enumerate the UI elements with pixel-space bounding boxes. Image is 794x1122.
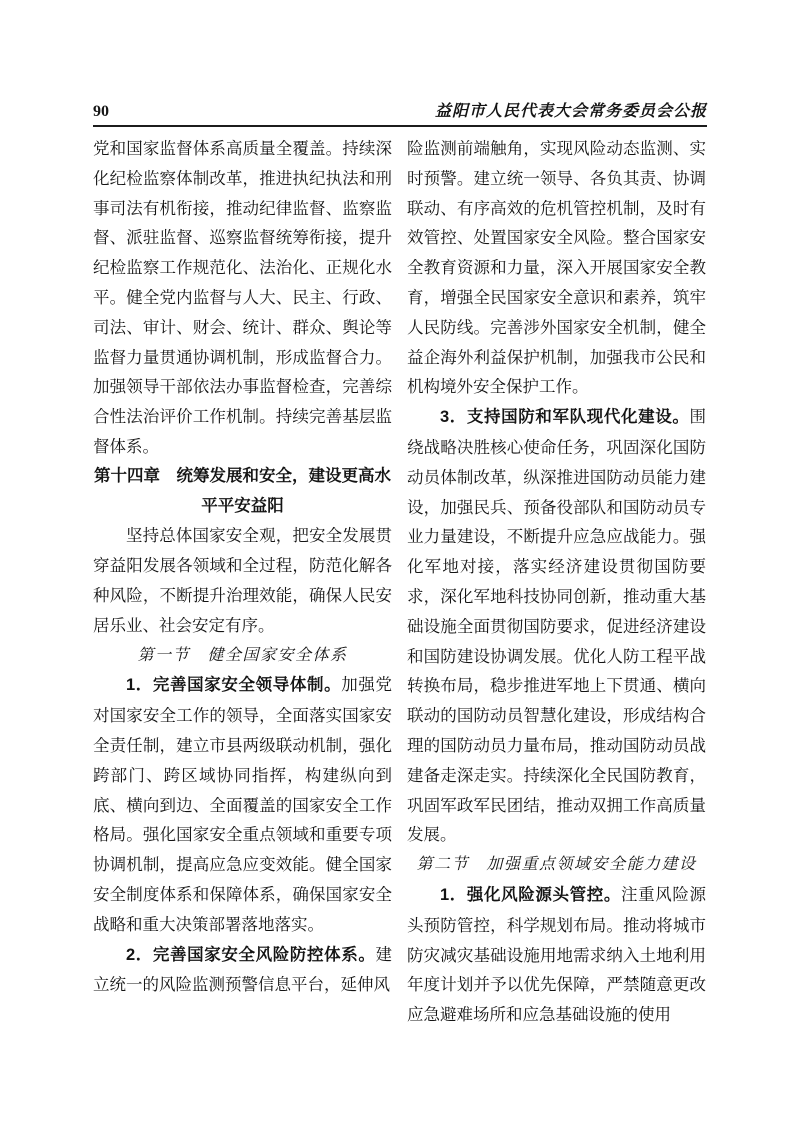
paragraph: 险监测前端触角，实现风险动态监测、实时预警。建立统一领导、各负其责、协调联动、有… <box>407 134 706 402</box>
paragraph-lead: 1．完善国家安全领导体制。 <box>126 676 341 694</box>
paragraph-lead: 2．完善国家安全风险防控体系。 <box>126 946 376 964</box>
bulletin-page: 90 益阳市人民代表大会常务委员会公报 党和国家监督体系高质量全覆盖。持续深化纪… <box>0 0 794 1122</box>
paragraph: 坚持总体国家安全观，把安全发展贯穿益阳发展各领域和全过程，防范化解各种风险，不断… <box>93 521 392 640</box>
journal-title: 益阳市人民代表大会常务委员会公报 <box>435 103 707 121</box>
section-heading: 第二节 加强重点领域安全能力建设 <box>407 850 706 880</box>
paragraph: 党和国家监督体系高质量全覆盖。持续深化纪检监察体制改革，推进执纪执法和刑事司法有… <box>93 134 392 462</box>
paragraph: 2．完善国家安全风险防控体系。建立统一的风险监测预警信息平台，延伸风 <box>93 940 392 1001</box>
paragraph-lead: 3．支持国防和军队现代化建设。 <box>440 408 690 426</box>
left-column: 党和国家监督体系高质量全覆盖。持续深化纪检监察体制改革，推进执纪执法和刑事司法有… <box>93 134 392 1030</box>
two-column-body: 党和国家监督体系高质量全覆盖。持续深化纪检监察体制改革，推进执纪执法和刑事司法有… <box>93 134 707 1030</box>
paragraph: 3．支持国防和军队现代化建设。围绕战略决胜核心使命任务，巩固深化国防动员体制改革… <box>407 402 706 850</box>
paragraph: 1．完善国家安全领导体制。加强党对国家安全工作的领导，全面落实国家安全责任制，建… <box>93 670 392 939</box>
paragraph: 1．强化风险源头管控。注重风险源头预防管控，科学规划布局。推动将城市防灾减灾基础… <box>407 880 706 1030</box>
section-heading: 第一节 健全国家安全体系 <box>93 641 392 671</box>
chapter-heading: 第十四章 统筹发展和安全，建设更高水平平安益阳 <box>93 462 392 522</box>
page-header: 90 益阳市人民代表大会常务委员会公报 <box>93 103 707 127</box>
paragraph-lead: 1．强化风险源头管控。 <box>440 886 621 904</box>
page-number: 90 <box>93 103 109 121</box>
right-column: 险监测前端触角，实现风险动态监测、实时预警。建立统一领导、各负其责、协调联动、有… <box>407 134 706 1030</box>
